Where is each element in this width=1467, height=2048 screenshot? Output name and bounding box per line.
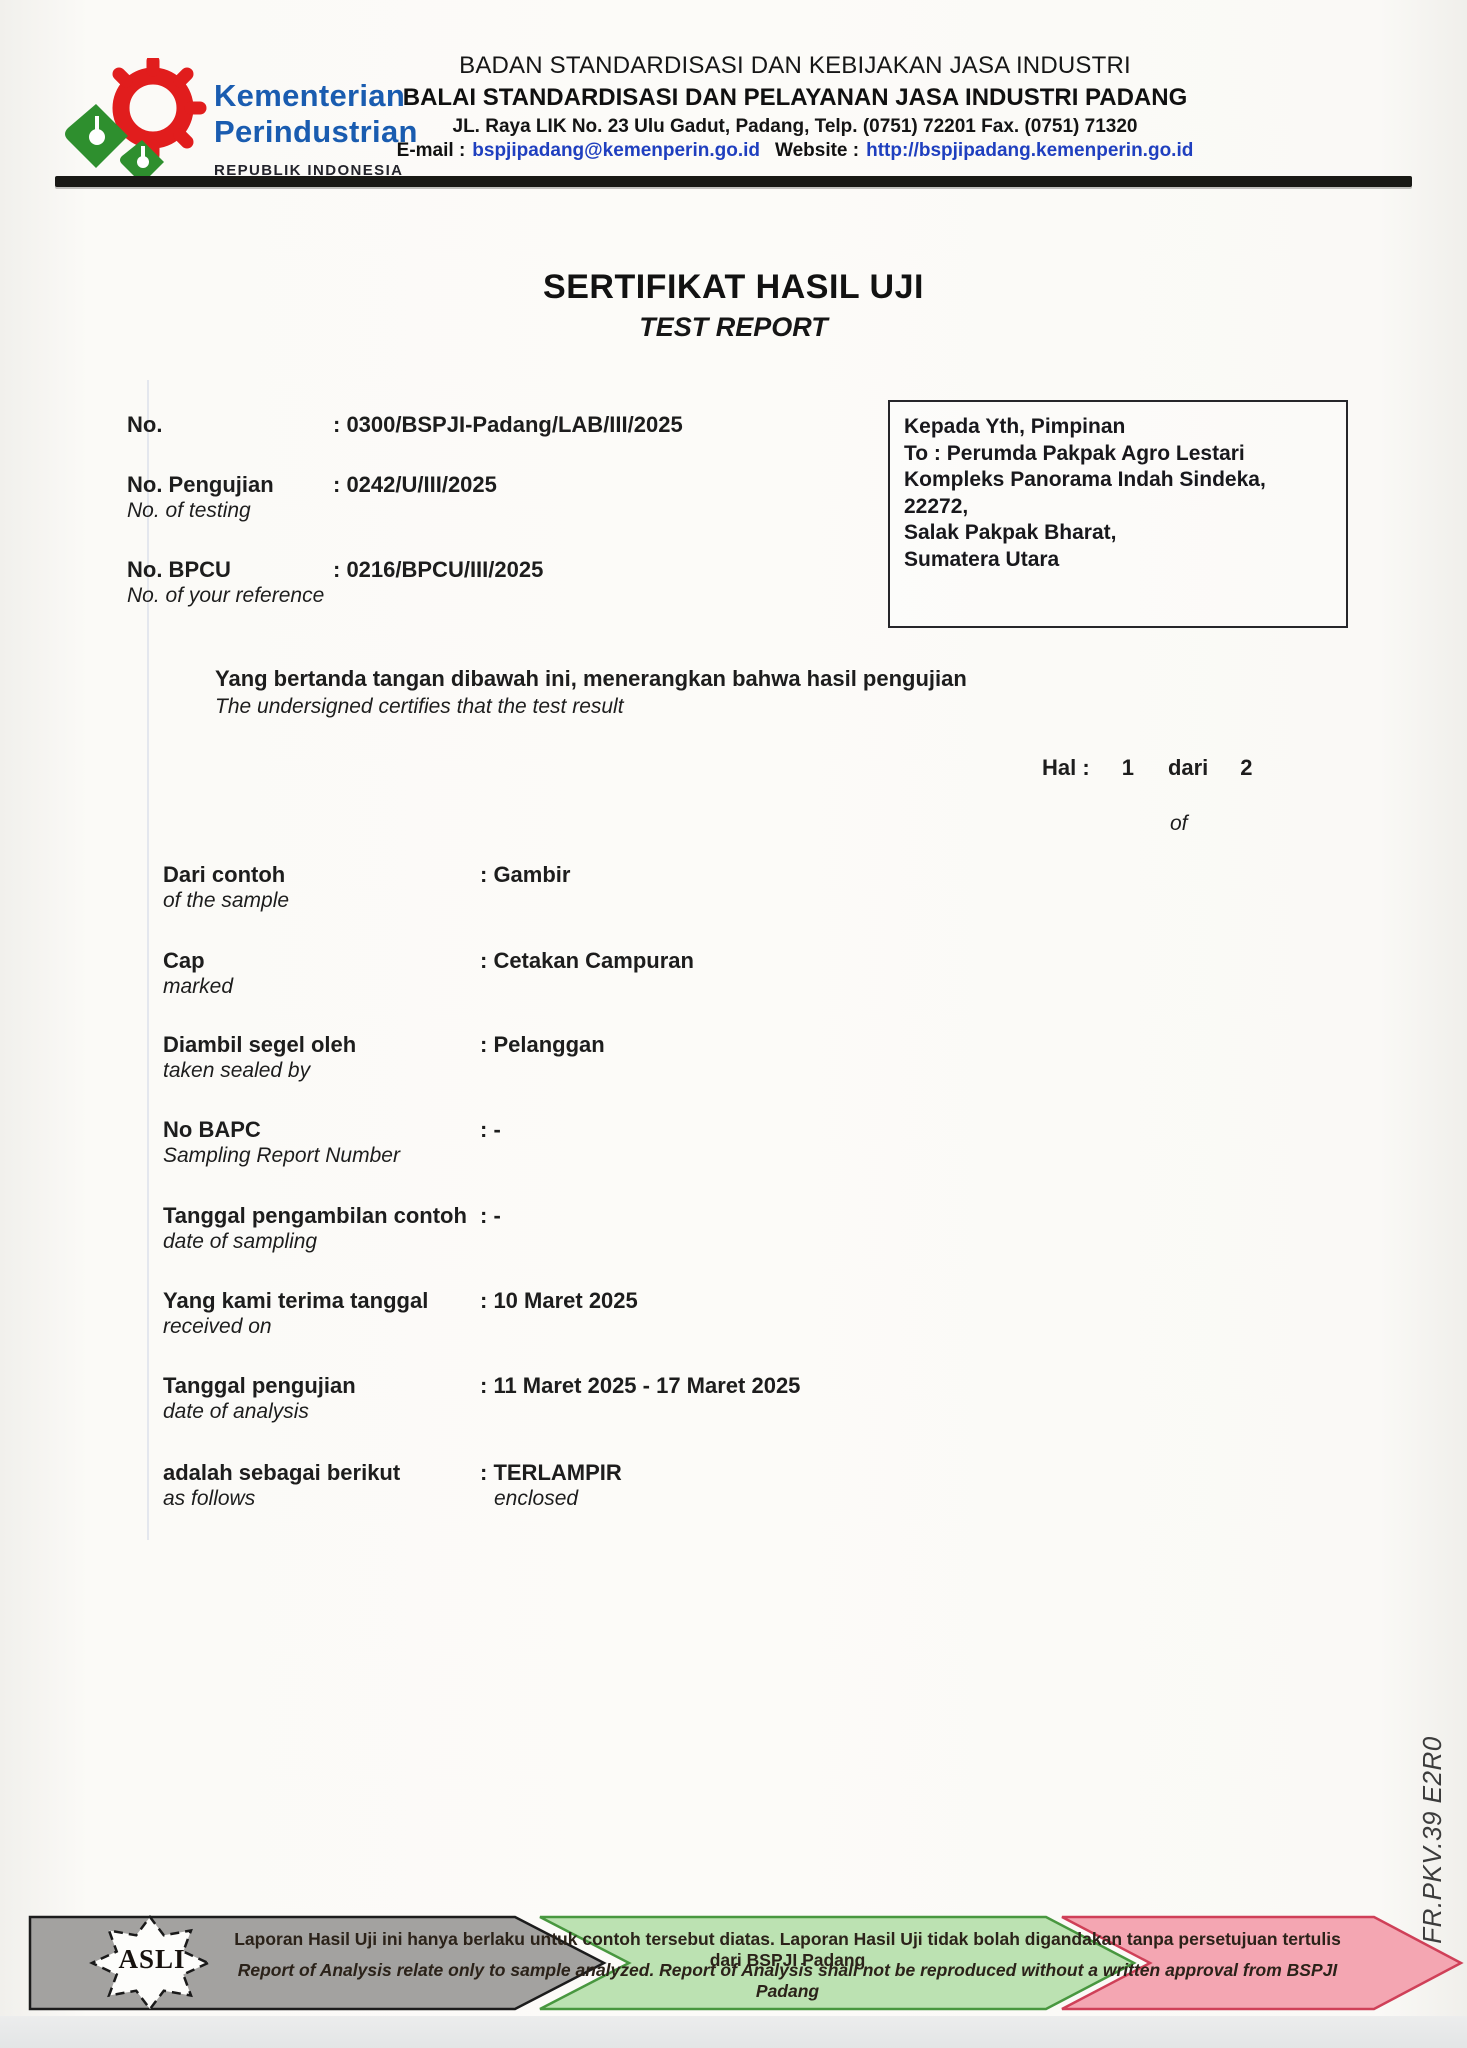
row-label-sealed-by: Diambil segel oleh	[163, 1032, 356, 1058]
page-label: Hal :	[1042, 755, 1090, 781]
row-label-marked: Cap	[163, 948, 205, 974]
row-sublabel-sealed-by: taken sealed by	[163, 1059, 310, 1083]
row-sublabel-as-follows: as follows	[163, 1487, 255, 1511]
ministry-logo-icon	[58, 58, 208, 188]
row-label-analysis-date: Tanggal pengujian	[163, 1373, 356, 1399]
row-value-received-on: : 10 Maret 2025	[480, 1288, 638, 1314]
page-number: 1	[1122, 755, 1134, 781]
row-value-bapc: : -	[480, 1117, 501, 1143]
row-label-sample: Dari contoh	[163, 862, 285, 888]
recipient-address-box: Kepada Yth, Pimpinan To : Perumda Pakpak…	[888, 400, 1348, 628]
row-value-analysis-date: : 11 Maret 2025 - 17 Maret 2025	[480, 1373, 800, 1399]
row-label-as-follows: adalah sebagai berikut	[163, 1460, 400, 1486]
recipient-line: Kepada Yth, Pimpinan	[904, 414, 1332, 441]
recipient-line: 22272,	[904, 494, 1332, 521]
recipient-line: Salak Pakpak Bharat,	[904, 520, 1332, 547]
row-subvalue-as-follows: enclosed	[494, 1487, 578, 1511]
organization-header: BADAN STANDARDISASI DAN KEBIJAKAN JASA I…	[300, 52, 1290, 162]
website-url: http://bspjipadang.kemenperin.go.id	[866, 140, 1193, 162]
row-sublabel-sampling-date: date of sampling	[163, 1230, 317, 1254]
row-sublabel-received-on: received on	[163, 1315, 272, 1339]
ref-bpcu-value: : 0216/BPCU/III/2025	[333, 557, 543, 583]
ref-no-label: No.	[127, 412, 162, 438]
certificate-page: Kementerian Perindustrian REPUBLIK INDON…	[0, 0, 1467, 2048]
ref-bpcu-sublabel: No. of your reference	[127, 584, 324, 608]
email-label: E-mail :	[397, 140, 466, 162]
email-address: bspjipadang@kemenperin.go.id	[472, 140, 760, 162]
row-sublabel-marked: marked	[163, 975, 233, 999]
ref-testing-value: : 0242/U/III/2025	[333, 472, 497, 498]
page-indicator: Hal : 1 dari 2	[1042, 755, 1253, 781]
row-value-sealed-by: : Pelanggan	[480, 1032, 605, 1058]
row-value-sample: : Gambir	[480, 862, 570, 888]
footer-disclaimer-english: Report of Analysis relate only to sample…	[225, 1960, 1350, 2002]
page-of-label: of	[1170, 812, 1188, 836]
recipient-line: To : Perumda Pakpak Agro Lestari	[904, 441, 1332, 468]
header-divider-rule	[55, 176, 1412, 187]
statement-indonesian: Yang bertanda tangan dibawah ini, menera…	[215, 666, 967, 692]
certification-statement: Yang bertanda tangan dibawah ini, menera…	[215, 666, 967, 719]
org-address: JL. Raya LIK No. 23 Ulu Gadut, Padang, T…	[300, 116, 1290, 138]
scan-crease-line	[147, 380, 149, 1540]
ref-testing-sublabel: No. of testing	[127, 499, 251, 523]
row-sublabel-analysis-date: date of analysis	[163, 1400, 309, 1424]
document-title-block: SERTIFIKAT HASIL UJI TEST REPORT	[0, 268, 1467, 343]
org-office-name: BALAI STANDARDISASI DAN PELAYANAN JASA I…	[300, 84, 1290, 112]
ref-bpcu-label: No. BPCU	[127, 557, 231, 583]
recipient-line: Kompleks Panorama Indah Sindeka,	[904, 467, 1332, 494]
recipient-line: Sumatera Utara	[904, 547, 1332, 574]
row-sublabel-sample: of the sample	[163, 889, 289, 913]
ref-testing-label: No. Pengujian	[127, 472, 274, 498]
row-label-sampling-date: Tanggal pengambilan contoh	[163, 1203, 467, 1229]
page-total: 2	[1240, 755, 1252, 781]
scan-bottom-edge	[0, 2016, 1467, 2048]
page-dari: dari	[1168, 755, 1208, 781]
title-main: SERTIFIKAT HASIL UJI	[0, 268, 1467, 307]
title-sub: TEST REPORT	[0, 312, 1467, 343]
row-value-marked: : Cetakan Campuran	[480, 948, 694, 974]
row-sublabel-bapc: Sampling Report Number	[163, 1144, 400, 1168]
ref-no-value: : 0300/BSPJI-Padang/LAB/III/2025	[333, 412, 683, 438]
row-value-sampling-date: : -	[480, 1203, 501, 1229]
row-value-as-follows: : TERLAMPIR	[480, 1460, 622, 1486]
asli-badge-text: ASLI	[92, 1944, 212, 1975]
website-label: Website :	[775, 140, 859, 162]
row-label-bapc: No BAPC	[163, 1117, 261, 1143]
gear-icon	[119, 61, 200, 155]
org-agency-name: BADAN STANDARDISASI DAN KEBIJAKAN JASA I…	[300, 52, 1290, 80]
statement-english: The undersigned certifies that the test …	[215, 695, 967, 719]
row-label-received-on: Yang kami terima tanggal	[163, 1288, 428, 1314]
org-contact-line: E-mail : bspjipadang@kemenperin.go.id We…	[300, 140, 1290, 162]
